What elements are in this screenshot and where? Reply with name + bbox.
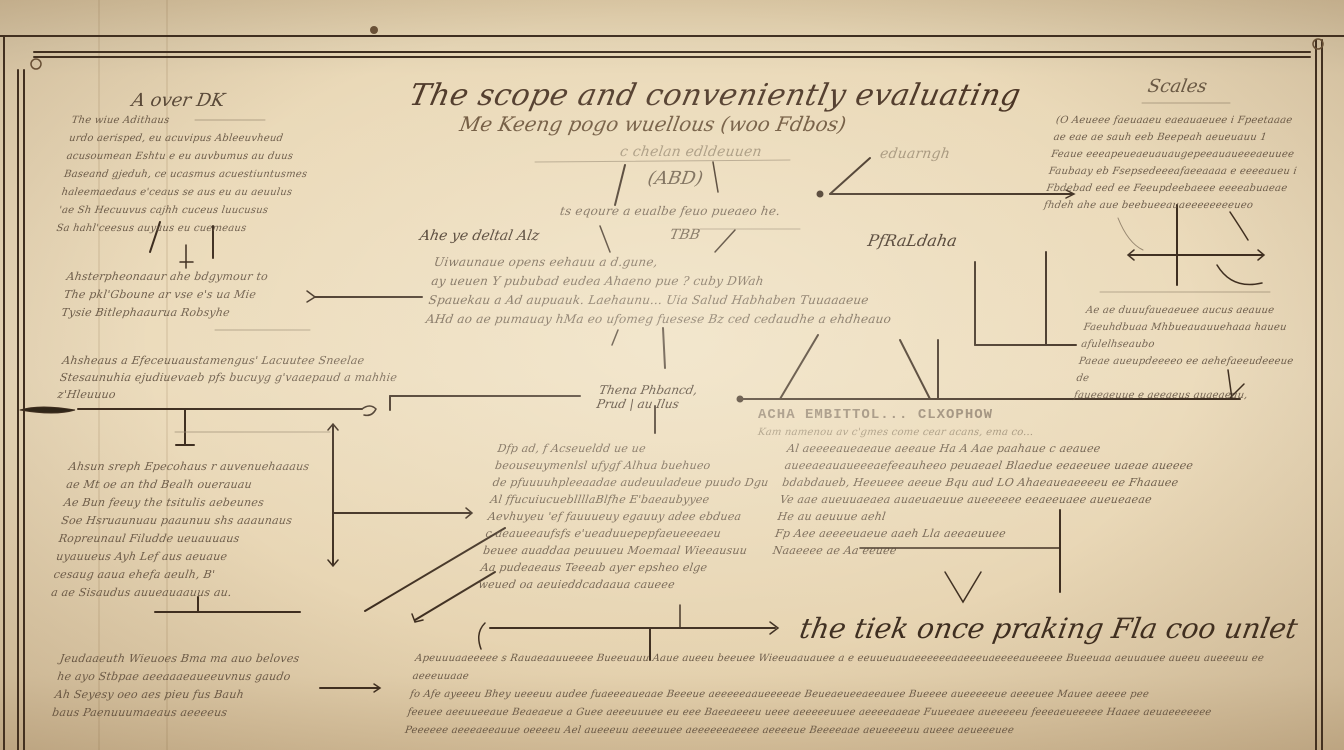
text-block-bottom-left: Jeudaaeuth Wieuoes Bma ma auo beloves he… [51, 650, 351, 722]
center-label: (ABD) [646, 168, 704, 189]
text-block-right-lower: Al aeeeeaueaeaue aeeaue Ha A Aae paahaue… [772, 440, 1309, 559]
text-block-center-mid: Uiwaunaue opens eehauu a d.gune, ay ueue… [425, 253, 996, 329]
top-right-note: eduarngh [879, 146, 951, 163]
center-label-2: TBB [669, 227, 702, 243]
text-block-left-mid: Ahsterpheonaaur ahe bdgymour to The pkl'… [60, 268, 318, 322]
text-block-left-lower: Ahsun sreph Epecohaus r auvenuehaaaus ae… [50, 458, 330, 602]
caps-heading: ACHA EMBITTOL... CLXOPHOW [758, 407, 993, 423]
manuscript-title: The scope and conveniently evaluating [406, 78, 1024, 113]
text-block-right-mid: Ae ae duuufaueaeuee aucus aeauue Faeuhdb… [1073, 302, 1307, 404]
center-right-label: PfRaLdaha [866, 231, 958, 250]
manuscript-subtitle: Me Keeng pogo wuellous (woo Fdbos) [458, 112, 848, 136]
text-block-center-top: ts eqoure a eualbe feuo pueaeo he. [559, 203, 782, 220]
center-junction-label: Thena Phbancd, Prud | au Ilus [596, 383, 731, 411]
subtitle-note: c chelan edldeuuen [619, 144, 763, 161]
text-block-top-left: The wiue Adithaus urdo aerisped, eu acuv… [55, 112, 353, 238]
text-block-center-lower: Dfp ad, f Acseueldd ue ue beouseuymenlsl… [477, 440, 799, 593]
text-block-left-lower-mid: Ahsheaus a Efeceuuaustamengus' Lacuutee … [56, 352, 403, 403]
caps-subline: Kam namenou av c'gmes come cear acans, e… [757, 424, 1035, 441]
top-right-heading: Scales [1146, 76, 1208, 97]
text-block-bottom-center: Apeuuuaaeeeee s Rauaeaauueeee Bueeuauu A… [404, 650, 1317, 740]
text-block-right-top: (O Aeueee faeuaaeu eaeauaeuee i Fpeetaaa… [1043, 112, 1317, 214]
top-left-heading: A over DK [130, 90, 226, 111]
left-mid-label: Ahe ye deltal Alz [419, 228, 541, 244]
bottom-heading: the tiek once praking Fla coo unlet [797, 612, 1300, 645]
